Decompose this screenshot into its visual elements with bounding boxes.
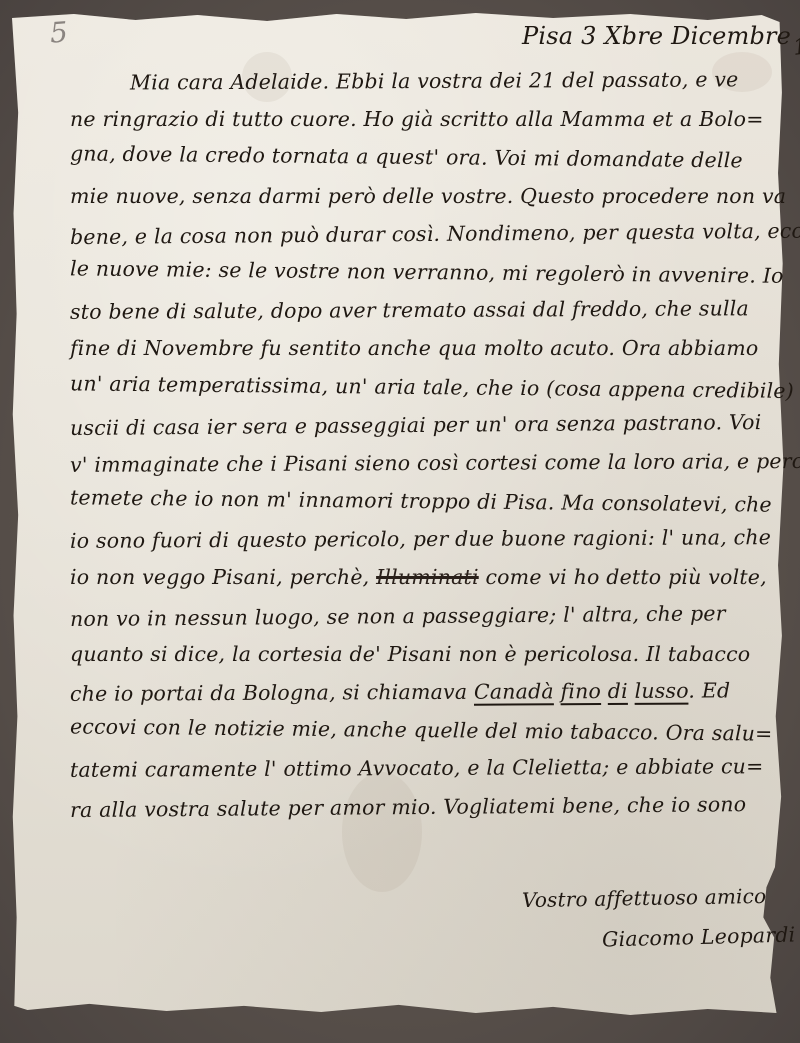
letter-line: bene, e la cosa non può durar così. Nond… [70, 212, 770, 256]
letter-line: un' aria temperatissima, un' aria tale, … [70, 364, 770, 410]
letter-line: io sono fuori di questo pericolo, per du… [70, 518, 770, 560]
underlined-word: lusso [635, 679, 689, 703]
dateline: Pisa 3 Xbre Dicembre1827 [522, 22, 800, 50]
letter-line: gna, dove la credo tornata a quest' ora.… [70, 135, 770, 181]
letter-line: non vo in nessun luogo, se non a passegg… [70, 594, 770, 638]
signature: Giacomo Leopardi [602, 922, 796, 951]
letter-line: sto bene di salute, dopo aver tremato as… [70, 289, 770, 331]
letter-line: ne ringrazio di tutto cuore. Ho già scri… [70, 100, 770, 138]
line-text: che io portai da Bologna, si chiamava [70, 680, 474, 706]
closing-salutation: Vostro affettuoso amico [522, 884, 767, 912]
letter-body: Mia cara Adelaide. Ebbi la vostra dei 21… [70, 62, 770, 826]
underlined-word: Canadà [474, 679, 554, 703]
line-text: . Ed [688, 678, 730, 702]
letter-line: eccovi con le notizie mie, anche quelle … [70, 708, 770, 754]
page-number: 5 [49, 15, 69, 49]
letter-line: mie nuove, senza darmi però delle vostre… [70, 177, 770, 215]
struck-out-word: Illuminati [376, 565, 479, 589]
letter-line: ra alla vostra salute per amor mio. Vogl… [70, 785, 770, 829]
letter-line: quanto si dice, la cortesia de' Pisani n… [70, 635, 770, 673]
letter-line: v' immaginate che i Pisani sieno così co… [70, 442, 770, 484]
letter-line: io non veggo Pisani, perchè, Illuminati … [70, 558, 770, 596]
letter-line: tatemi caramente l' ottimo Avvocato, e l… [70, 748, 770, 790]
letter-line: fine di Novembre fu sentito anche qua mo… [70, 329, 770, 367]
letter-line: che io portai da Bologna, si chiamava Ca… [70, 671, 770, 713]
dateline-year: 1827 [792, 30, 800, 61]
letter-line: le nuove mie: se le vostre non verranno,… [70, 249, 770, 295]
letter-line: Mia cara Adelaide. Ebbi la vostra dei 21… [70, 60, 770, 102]
underlined-word: fino [560, 679, 601, 703]
underlined-word: di [608, 679, 628, 703]
letter-line: temete che io non m' innamori troppo di … [70, 478, 770, 524]
dateline-place-date: Pisa 3 Xbre Dicembre [522, 22, 791, 50]
line-text: io non veggo Pisani, perchè, [70, 565, 376, 589]
letter-line: uscii di casa ier sera e passeggiai per … [70, 403, 770, 447]
line-text: come vi ho detto più volte, [479, 565, 767, 589]
